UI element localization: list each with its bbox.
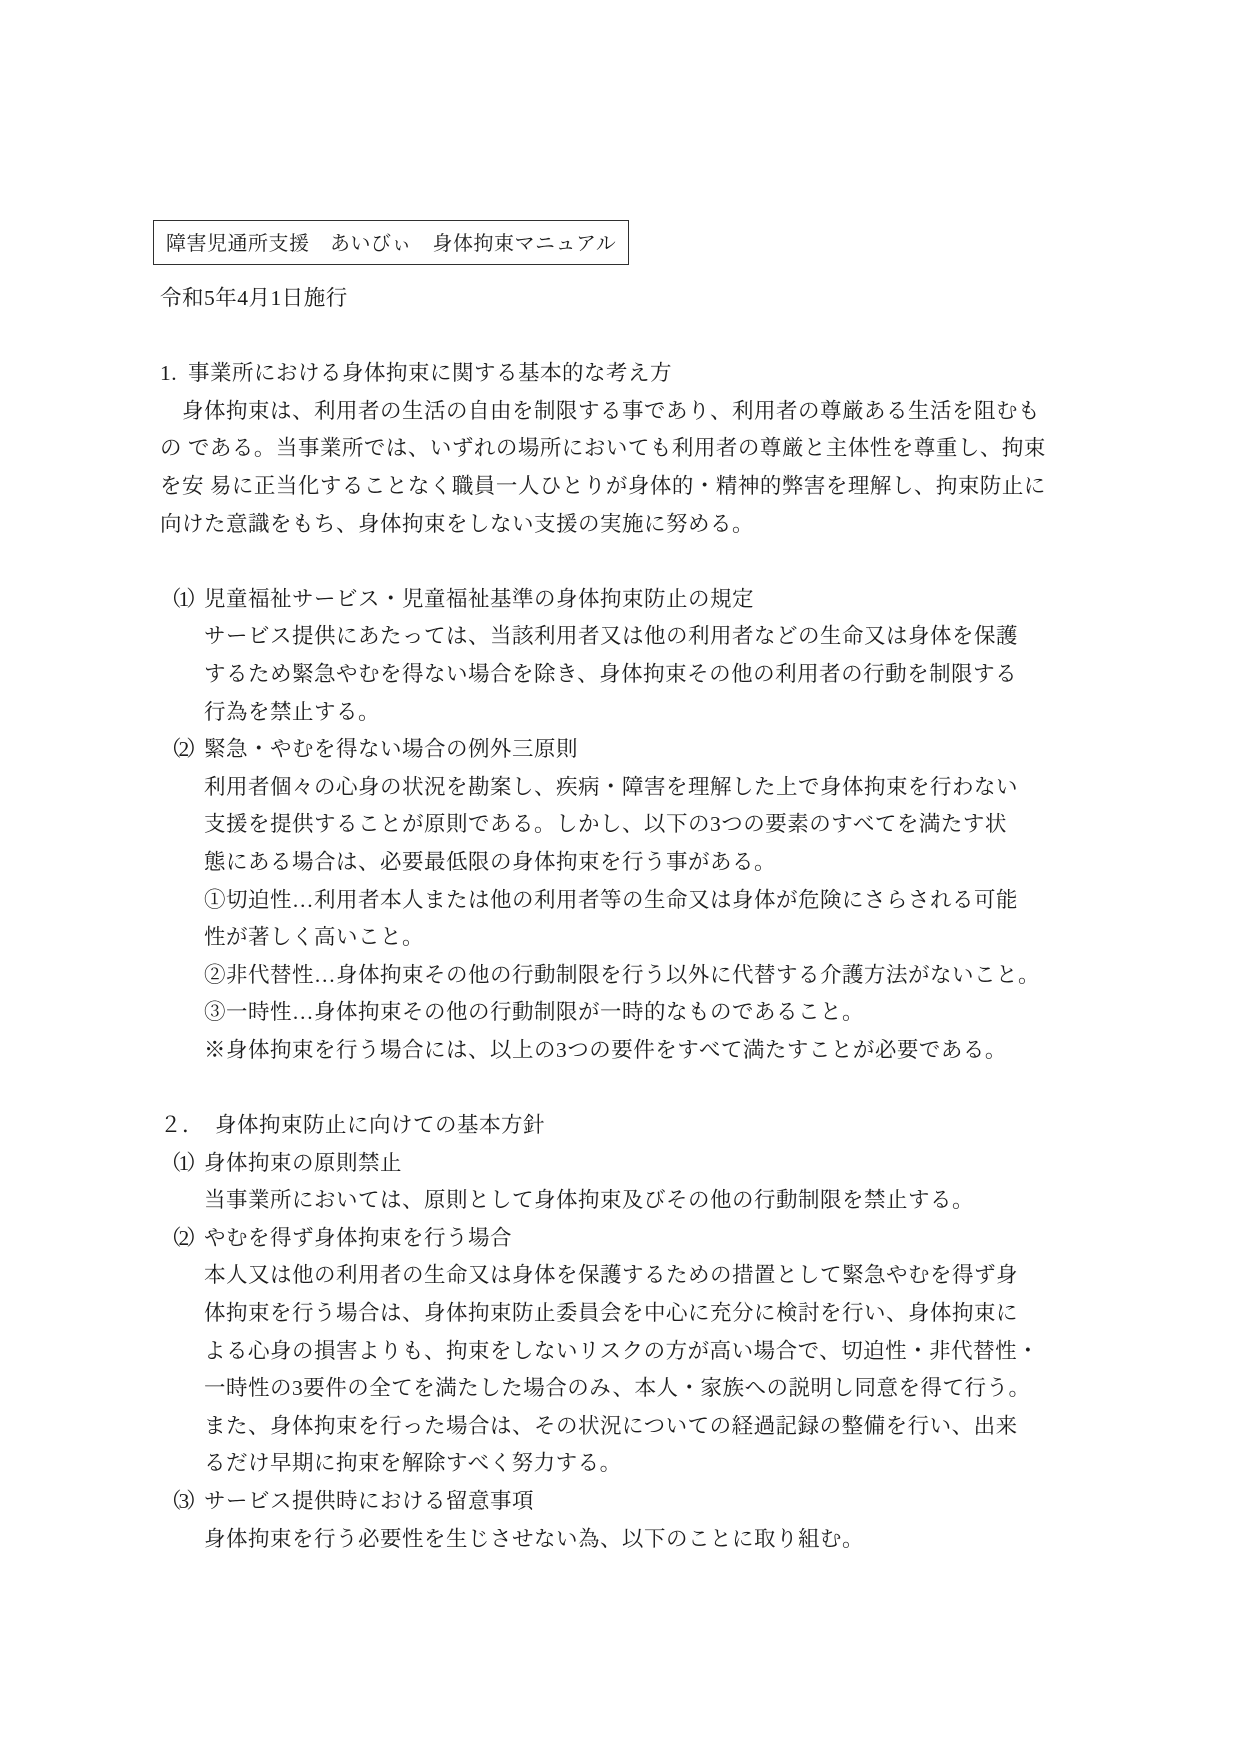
section2-number: ２． <box>160 1107 215 1145</box>
paragraph-line: また、身体拘束を行った場合は、その状況についての経過記録の整備を行い、出来 <box>204 1408 1241 1446</box>
paragraph-line: 行為を禁止する。 <box>204 694 1241 732</box>
item-body: 当事業所においては、原則として身体拘束及びその他の行動制限を禁止する。 <box>204 1182 1241 1220</box>
section2-heading: ２．身体拘束防止に向けての基本方針 <box>160 1107 1241 1145</box>
paragraph-line: ③一時性…身体拘束その他の行動制限が一時的なものであること。 <box>204 994 1241 1032</box>
paragraph-line: 態にある場合は、必要最低限の身体拘束を行う事がある。 <box>204 844 1241 882</box>
section1-heading-text: 事業所における身体拘束に関する基本的な考え方 <box>188 361 672 385</box>
item-heading: （1）身体拘束の原則禁止 <box>160 1145 1241 1183</box>
item-title: 緊急・やむを得ない場合の例外三原則 <box>204 737 578 761</box>
paragraph-line: するため緊急やむを得ない場合を除き、身体拘束その他の利用者の行動を制限する <box>204 656 1241 694</box>
item-body: 身体拘束を行う必要性を生じさせない為、以下のことに取り組む。 <box>204 1521 1241 1559</box>
item-heading: （3）サービス提供時における留意事項 <box>160 1483 1241 1521</box>
paragraph-line: 一時性の3要件の全てを満たした場合のみ、本人・家族への説明し同意を得て行う。 <box>204 1370 1241 1408</box>
paragraph-line: ①切迫性…利用者本人または他の利用者等の生命又は身体が危険にさらされる可能 <box>204 882 1241 920</box>
item-body: 本人又は他の利用者の生命又は身体を保護するための措置として緊急やむを得ず身 体拘… <box>204 1257 1241 1483</box>
item-label: （2） <box>160 1220 204 1258</box>
item-label: （1） <box>160 581 204 619</box>
paragraph-line: サービス提供にあたっては、当該利用者又は他の利用者などの生命又は身体を保護 <box>204 618 1241 656</box>
paragraph-line: よる心身の損害よりも、拘束をしないリスクの方が高い場合で、切迫性・非代替性・ <box>204 1333 1241 1371</box>
paragraph-line: 当事業所においては、原則として身体拘束及びその他の行動制限を禁止する。 <box>204 1182 1241 1220</box>
effective-date: 令和5年4月1日施行 <box>160 280 1241 318</box>
paragraph-line: ※身体拘束を行う場合には、以上の3つの要件をすべて満たすことが必要である。 <box>204 1032 1241 1070</box>
section1-heading: 1.事業所における身体拘束に関する基本的な考え方 <box>160 355 1241 393</box>
paragraph-line: ②非代替性…身体拘束その他の行動制限を行う以外に代替する介護方法がないこと。 <box>204 957 1241 995</box>
paragraph-line: 支援を提供することが原則である。しかし、以下の3つの要素のすべてを満たす状 <box>204 806 1241 844</box>
item-label: （1） <box>160 1145 204 1183</box>
document-body: 令和5年4月1日施行 1.事業所における身体拘束に関する基本的な考え方 身体拘束… <box>160 280 1241 1558</box>
paragraph-line: 身体拘束は、利用者の生活の自由を制限する事であり、利用者の尊厳ある生活を阻むも <box>160 393 1241 431</box>
section1-item-1: （1）児童福祉サービス・児童福祉基準の身体拘束防止の規定 サービス提供にあたって… <box>160 581 1241 731</box>
item-label: （2） <box>160 731 204 769</box>
section2-item-1: （1）身体拘束の原則禁止 当事業所においては、原則として身体拘束及びその他の行動… <box>160 1145 1241 1220</box>
item-body: 利用者個々の心身の状況を勘案し、疾病・障害を理解した上で身体拘束を行わない 支援… <box>204 769 1241 1070</box>
item-title: 児童福祉サービス・児童福祉基準の身体拘束防止の規定 <box>204 587 754 611</box>
section1-intro: 身体拘束は、利用者の生活の自由を制限する事であり、利用者の尊厳ある生活を阻むも … <box>160 393 1241 543</box>
paragraph-line: 性が著しく高いこと。 <box>204 919 1241 957</box>
item-title: サービス提供時における留意事項 <box>204 1489 534 1513</box>
item-heading: （2）緊急・やむを得ない場合の例外三原則 <box>160 731 1241 769</box>
section2-heading-text: 身体拘束防止に向けての基本方針 <box>215 1113 545 1137</box>
section2-item-2: （2）やむを得ず身体拘束を行う場合 本人又は他の利用者の生命又は身体を保護するた… <box>160 1220 1241 1483</box>
item-body: サービス提供にあたっては、当該利用者又は他の利用者などの生命又は身体を保護 する… <box>204 618 1241 731</box>
section1-item-2: （2）緊急・やむを得ない場合の例外三原則 利用者個々の心身の状況を勘案し、疾病・… <box>160 731 1241 1069</box>
item-label: （3） <box>160 1483 204 1521</box>
item-heading: （1）児童福祉サービス・児童福祉基準の身体拘束防止の規定 <box>160 581 1241 619</box>
document-title: 障害児通所支援 あいびぃ 身体拘束マニュアル <box>166 233 616 255</box>
paragraph-line: 向けた意識をもち、身体拘束をしない支援の実施に努める。 <box>160 506 1241 544</box>
paragraph-line: 体拘束を行う場合は、身体拘束防止委員会を中心に充分に検討を行い、身体拘束に <box>204 1295 1241 1333</box>
paragraph-line: 本人又は他の利用者の生命又は身体を保護するための措置として緊急やむを得ず身 <box>204 1257 1241 1295</box>
section2-item-3: （3）サービス提供時における留意事項 身体拘束を行う必要性を生じさせない為、以下… <box>160 1483 1241 1558</box>
paragraph-line: 身体拘束を行う必要性を生じさせない為、以下のことに取り組む。 <box>204 1521 1241 1559</box>
paragraph-line: の である。当事業所では、いずれの場所においても利用者の尊厳と主体性を尊重し、拘… <box>160 430 1241 468</box>
item-title: 身体拘束の原則禁止 <box>204 1151 402 1175</box>
document-page: 障害児通所支援 あいびぃ 身体拘束マニュアル 令和5年4月1日施行 1.事業所に… <box>0 0 1241 1755</box>
item-heading: （2）やむを得ず身体拘束を行う場合 <box>160 1220 1241 1258</box>
document-title-box: 障害児通所支援 あいびぃ 身体拘束マニュアル <box>153 220 629 265</box>
section1-number: 1. <box>160 355 188 393</box>
item-title: やむを得ず身体拘束を行う場合 <box>204 1226 512 1250</box>
paragraph-line: るだけ早期に拘束を解除すべく努力する。 <box>204 1445 1241 1483</box>
paragraph-line: を安 易に正当化することなく職員一人ひとりが身体的・精神的弊害を理解し、拘束防止… <box>160 468 1241 506</box>
paragraph-line: 利用者個々の心身の状況を勘案し、疾病・障害を理解した上で身体拘束を行わない <box>204 769 1241 807</box>
